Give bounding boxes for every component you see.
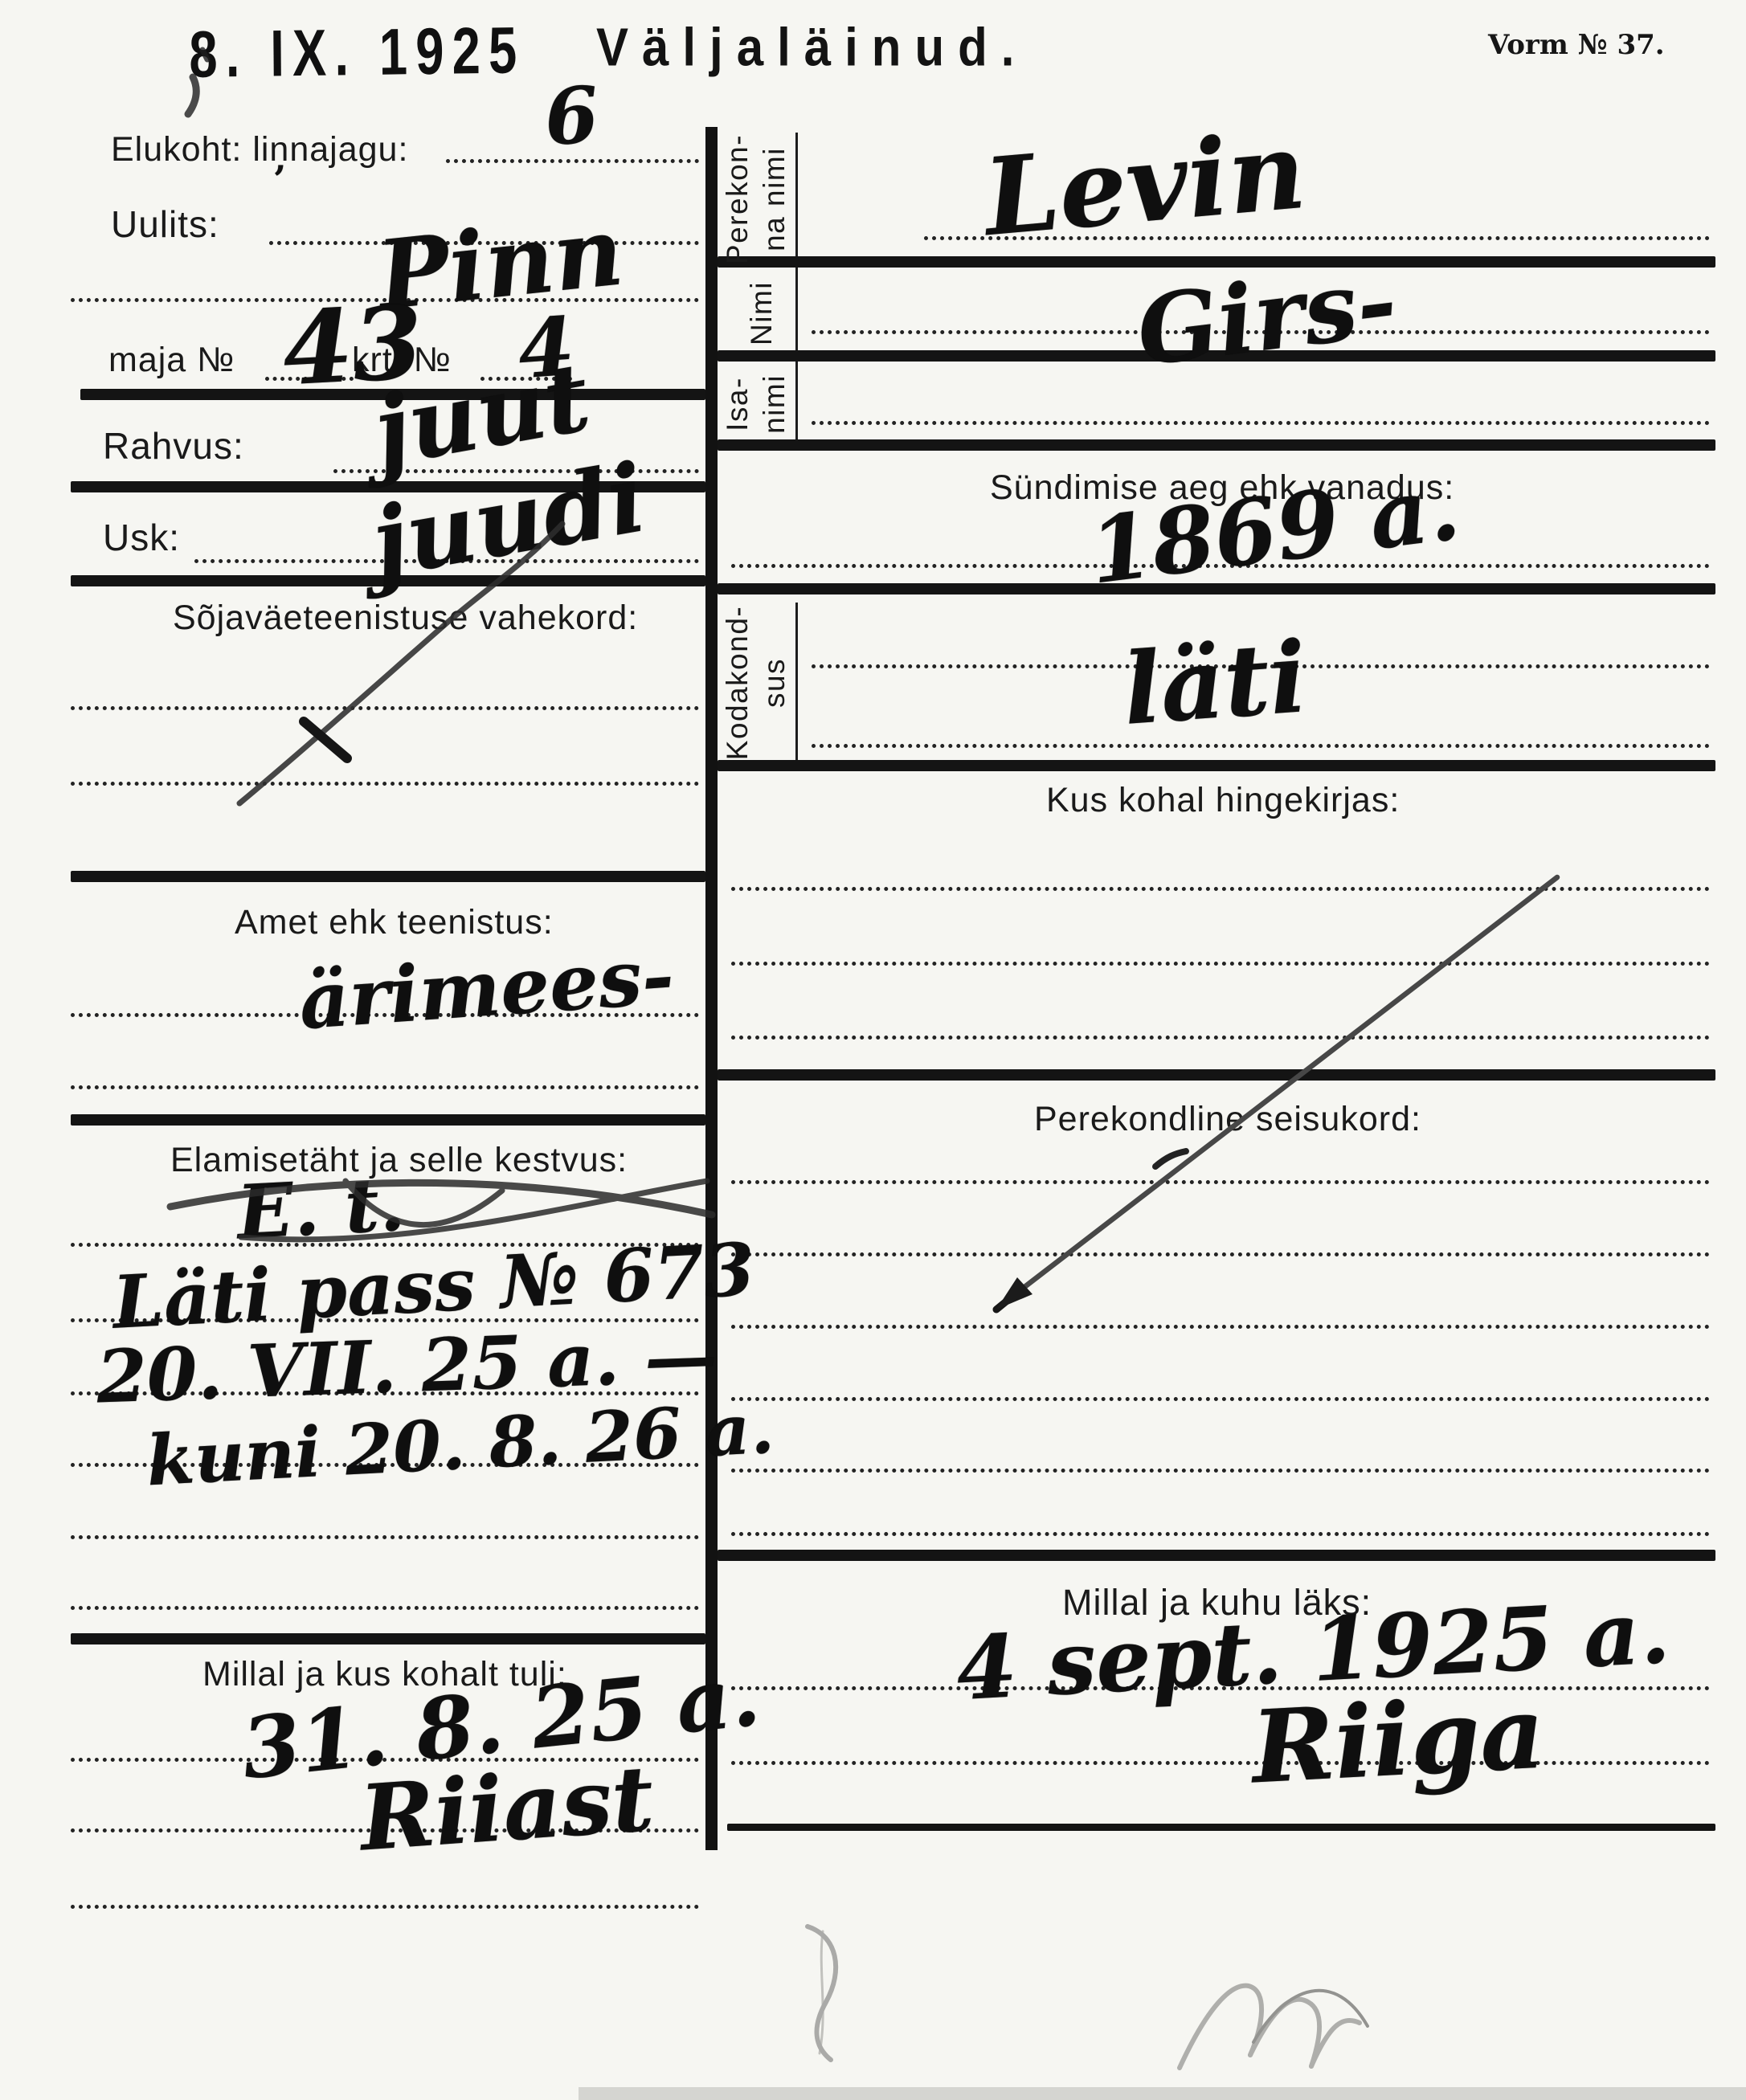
religion-label: Usk: (103, 516, 180, 559)
citizenship-label-line2: sus (756, 606, 793, 760)
fill-line (731, 1761, 1710, 1765)
fill-line (71, 706, 699, 710)
surname-label: Perekon- na nimi (719, 134, 794, 264)
section-rule (71, 1633, 705, 1644)
section-rule (718, 760, 1715, 771)
section-rule (71, 871, 705, 882)
pencil-mark-center (808, 1926, 836, 2060)
occupation-value: ärimees- (296, 930, 677, 1047)
page-title: Väljaläinud. (596, 16, 1028, 78)
surname-label-line1: Perekon- (719, 134, 756, 264)
registration-card: 8. IX. 1925 6 Väljaläinud. Vorm № 37. El… (0, 0, 1746, 2100)
fill-line (731, 1325, 1710, 1329)
registered-where-label: Kus kohal hingekirjas: (1046, 781, 1400, 820)
occupation-label: Amet ehk teenistus: (235, 903, 554, 942)
fill-line (71, 1606, 699, 1610)
military-service-label: Sõjaväeteenistuse vahekord: (173, 599, 638, 638)
fill-line (71, 782, 699, 786)
section-rule (718, 439, 1715, 451)
section-rule (718, 1069, 1715, 1081)
fill-line (731, 1469, 1710, 1473)
date-stamp: 8. IX. 1925 (189, 13, 525, 92)
father-name-label-line1: Isa- (719, 374, 756, 434)
fill-line (731, 1532, 1710, 1536)
family-status-label: Perekondline seisukord: (1034, 1100, 1421, 1139)
fill-line (71, 1085, 699, 1089)
pencil-mark-right (1180, 1986, 1368, 2068)
fill-line (812, 744, 1710, 748)
residence-district-label: Elukoht: linnajagu: (111, 130, 408, 170)
arrival-place-value: Riiast (357, 1746, 657, 1871)
fill-line (731, 1397, 1710, 1401)
departure-place-value: Riiga (1249, 1675, 1547, 1807)
surname-label-line2: na nimi (756, 134, 793, 264)
house-number-label: maja № (108, 341, 235, 380)
fill-line (71, 1905, 699, 1909)
fill-line (731, 887, 1710, 891)
scan-edge-artifact (579, 2087, 1746, 2100)
section-rule (71, 1114, 705, 1126)
label-separator-line (795, 133, 798, 440)
section-rule (727, 1824, 1715, 1831)
form-number: Vorm № 37. (1488, 29, 1665, 61)
section-rule (718, 1550, 1715, 1561)
citizenship-value: läti (1119, 619, 1311, 747)
citizenship-label-line1: Kodakond- (719, 606, 756, 760)
father-name-label-line2: nimi (756, 374, 793, 434)
stray-apostrophe-mark: ’ (273, 157, 286, 201)
fill-line (71, 1535, 699, 1539)
fill-line (731, 962, 1710, 966)
column-divider (705, 127, 718, 1850)
fill-line (812, 421, 1710, 425)
residence-permit-struck-value: E. t. (235, 1161, 407, 1256)
street-label: Uulits: (111, 202, 219, 246)
diagonal-check-stroke (996, 877, 1557, 1309)
fill-line (731, 1252, 1710, 1256)
citizenship-label: Kodakond- sus (719, 606, 794, 760)
label-separator-line (795, 603, 798, 763)
nationality-label: Rahvus: (103, 424, 244, 468)
fill-line (731, 1180, 1710, 1184)
first-name-label: Nimi (743, 281, 780, 345)
fill-line (731, 1036, 1710, 1040)
father-name-label: Isa- nimi (719, 374, 794, 434)
handwritten-number-note: 6 (542, 69, 602, 163)
